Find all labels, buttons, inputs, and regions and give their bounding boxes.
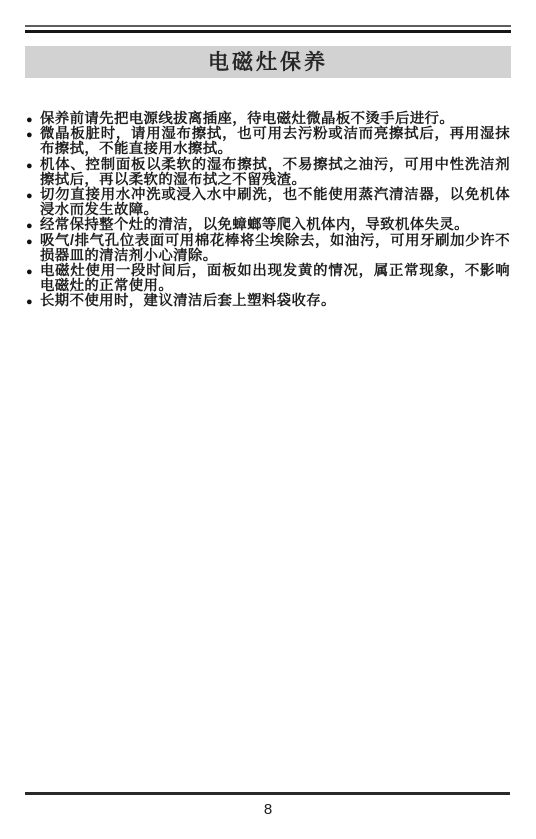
top-rule-thin (25, 25, 511, 27)
bullet-icon: ● (26, 219, 33, 234)
list-item: ● 微晶板脏时，请用湿布擦拭，也可用去污粉或洁而亮擦拭后，再用湿抹布擦拭，不能直… (26, 127, 510, 157)
bullet-icon: ● (26, 159, 33, 174)
list-item-text: 电磁灶使用一段时间后，面板如出现发黄的情况，属正常现象，不影响电磁灶的正常使用。 (40, 263, 510, 294)
list-item: ● 保养前请先把电源线拔离插座，待电磁灶微晶板不烫手后进行。 (26, 112, 510, 127)
list-item: ● 机体、控制面板以柔软的湿布擦拭，不易擦拭之油污，可用中性洗洁剂擦拭后，再以柔… (26, 158, 510, 188)
section-title-bar: 电磁灶保养 (25, 46, 511, 78)
list-item-text: 长期不使用时，建议清洁后套上塑料袋收存。 (40, 293, 336, 309)
list-item: ● 切勿直接用水冲洗或浸入水中刷洗，也不能使用蒸汽清洁器，以免机体浸水而发生故障… (26, 188, 510, 218)
top-rule-thick (25, 30, 511, 33)
list-item-text: 切勿直接用水冲洗或浸入水中刷洗，也不能使用蒸汽清洁器，以免机体浸水而发生故障。 (40, 187, 510, 218)
manual-page: 电磁灶保养 ● 保养前请先把电源线拔离插座，待电磁灶微晶板不烫手后进行。 ● 微… (0, 0, 536, 839)
list-item-text: 吸气/排气孔位表面可用棉花棒将尘埃除去，如油污，可用牙刷加少许不损器皿的清洁剂小… (40, 233, 510, 264)
bullet-icon: ● (26, 265, 33, 280)
footer-rule (25, 792, 510, 795)
list-item-text: 保养前请先把电源线拔离插座，待电磁灶微晶板不烫手后进行。 (40, 111, 454, 127)
list-item-text: 经常保持整个灶的清洁，以免蟑螂等爬入机体内，导致机体失灵。 (40, 217, 469, 233)
bullet-icon: ● (26, 113, 33, 128)
page-title: 电磁灶保养 (208, 52, 328, 73)
list-item: ● 吸气/排气孔位表面可用棉花棒将尘埃除去，如油污，可用牙刷加少许不损器皿的清洁… (26, 234, 510, 264)
list-item: ● 经常保持整个灶的清洁，以免蟑螂等爬入机体内，导致机体失灵。 (26, 218, 510, 233)
maintenance-instruction-list: ● 保养前请先把电源线拔离插座，待电磁灶微晶板不烫手后进行。 ● 微晶板脏时，请… (26, 112, 510, 310)
page-number: 8 (0, 801, 536, 818)
list-item-text: 机体、控制面板以柔软的湿布擦拭，不易擦拭之油污，可用中性洗洁剂擦拭后，再以柔软的… (40, 157, 510, 188)
bullet-icon: ● (26, 295, 33, 310)
list-item-text: 微晶板脏时，请用湿布擦拭，也可用去污粉或洁而亮擦拭后，再用湿抹布擦拭，不能直接用… (40, 126, 510, 157)
bullet-icon: ● (26, 128, 33, 143)
bullet-icon: ● (26, 189, 33, 204)
list-item: ● 电磁灶使用一段时间后，面板如出现发黄的情况，属正常现象，不影响电磁灶的正常使… (26, 264, 510, 294)
bullet-icon: ● (26, 235, 33, 250)
list-item: ● 长期不使用时，建议清洁后套上塑料袋收存。 (26, 294, 510, 309)
